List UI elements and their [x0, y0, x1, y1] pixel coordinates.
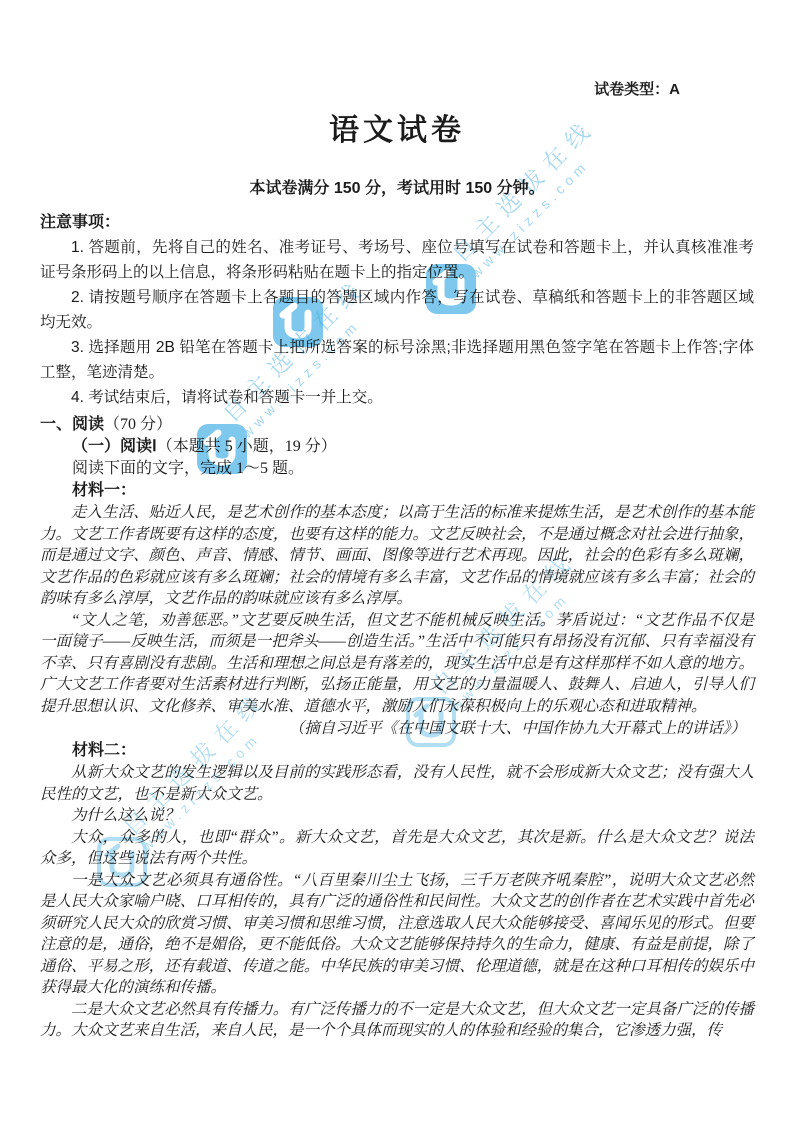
- notice-heading: 注意事项：: [40, 210, 754, 235]
- page-content: 试卷类型：A 语文试卷 本试卷满分 150 分，考试用时 150 分钟。 注意事…: [0, 0, 794, 1042]
- exam-subtitle: 本试卷满分 150 分，考试用时 150 分钟。: [40, 175, 754, 198]
- material-two-paragraph-3: 大众，众多的人，也即“群众”。新大众文艺，首先是大众文艺，其次是新。什么是大众文…: [40, 827, 754, 870]
- subsection-heading-label: （一）阅读Ⅰ: [72, 438, 157, 455]
- material-two-heading: 材料二：: [40, 740, 754, 762]
- notice-item-3: 3. 选择题用 2B 铅笔在答题卡上把所选答案的标号涂黑;非选择题用黑色签字笔在…: [40, 335, 754, 385]
- material-two-paragraph-2: 为什么这么说？: [40, 805, 754, 827]
- material-two-paragraph-5: 二是大众文艺必然具有传播力。有广泛传播力的不一定是大众文艺，但大众文艺一定具备广…: [40, 999, 754, 1042]
- material-two-body: 从新大众文艺的发生逻辑以及目前的实践形态看，没有人民性，就不会形成新大众文艺；没…: [40, 762, 754, 1042]
- section-heading: 一、阅读（70 分）: [40, 414, 754, 436]
- material-one-attribution: （摘自习近平《在中国文联十大、中国作协九大开幕式上的讲话》）: [40, 717, 754, 740]
- notice-item-2: 2. 请按题号顺序在答题卡上各题目的答题区域内作答，写在试卷、草稿纸和答题卡上的…: [40, 285, 754, 335]
- material-two-paragraph-4: 一是大众文艺必须具有通俗性。“八百里秦川尘土飞扬，三千万老陕齐吼秦腔”，说明大众…: [40, 870, 754, 999]
- notice-item-4: 4. 考试结束后，请将试卷和答题卡一并上交。: [40, 385, 754, 410]
- exam-paper-page: 试卷类型：A 语文试卷 本试卷满分 150 分，考试用时 150 分钟。 注意事…: [0, 0, 794, 1123]
- reading-instruction: 阅读下面的文字，完成 1～5 题。: [40, 458, 754, 480]
- notice-section: 注意事项： 1. 答题前，先将自己的姓名、准考证号、考场号、座位号填写在试卷和答…: [40, 210, 754, 410]
- section-heading-label: 一、阅读: [40, 416, 104, 433]
- exam-title: 语文试卷: [40, 105, 754, 149]
- material-one-heading: 材料一：: [40, 480, 754, 502]
- section-heading-score: （70 分）: [104, 416, 172, 433]
- paper-type-label: 试卷类型：A: [40, 78, 754, 99]
- material-one-paragraph-1: 走入生活、贴近人民，是艺术创作的基本态度；以高于生活的标准来提炼生活，是艺术创作…: [40, 502, 754, 610]
- notice-item-1: 1. 答题前，先将自己的姓名、准考证号、考场号、座位号填写在试卷和答题卡上，并认…: [40, 235, 754, 285]
- material-one-body: 走入生活、贴近人民，是艺术创作的基本态度；以高于生活的标准来提炼生活，是艺术创作…: [40, 502, 754, 740]
- material-one-paragraph-2: “文人之笔，劝善惩恶。”文艺要反映生活，但文艺不能机械反映生活。茅盾说过：“文艺…: [40, 610, 754, 718]
- subsection-heading-score: （本题共 5 小题，19 分）: [157, 438, 337, 455]
- subsection-heading: （一）阅读Ⅰ（本题共 5 小题，19 分）: [40, 436, 754, 458]
- material-two-paragraph-1: 从新大众文艺的发生逻辑以及目前的实践形态看，没有人民性，就不会形成新大众文艺；没…: [40, 762, 754, 805]
